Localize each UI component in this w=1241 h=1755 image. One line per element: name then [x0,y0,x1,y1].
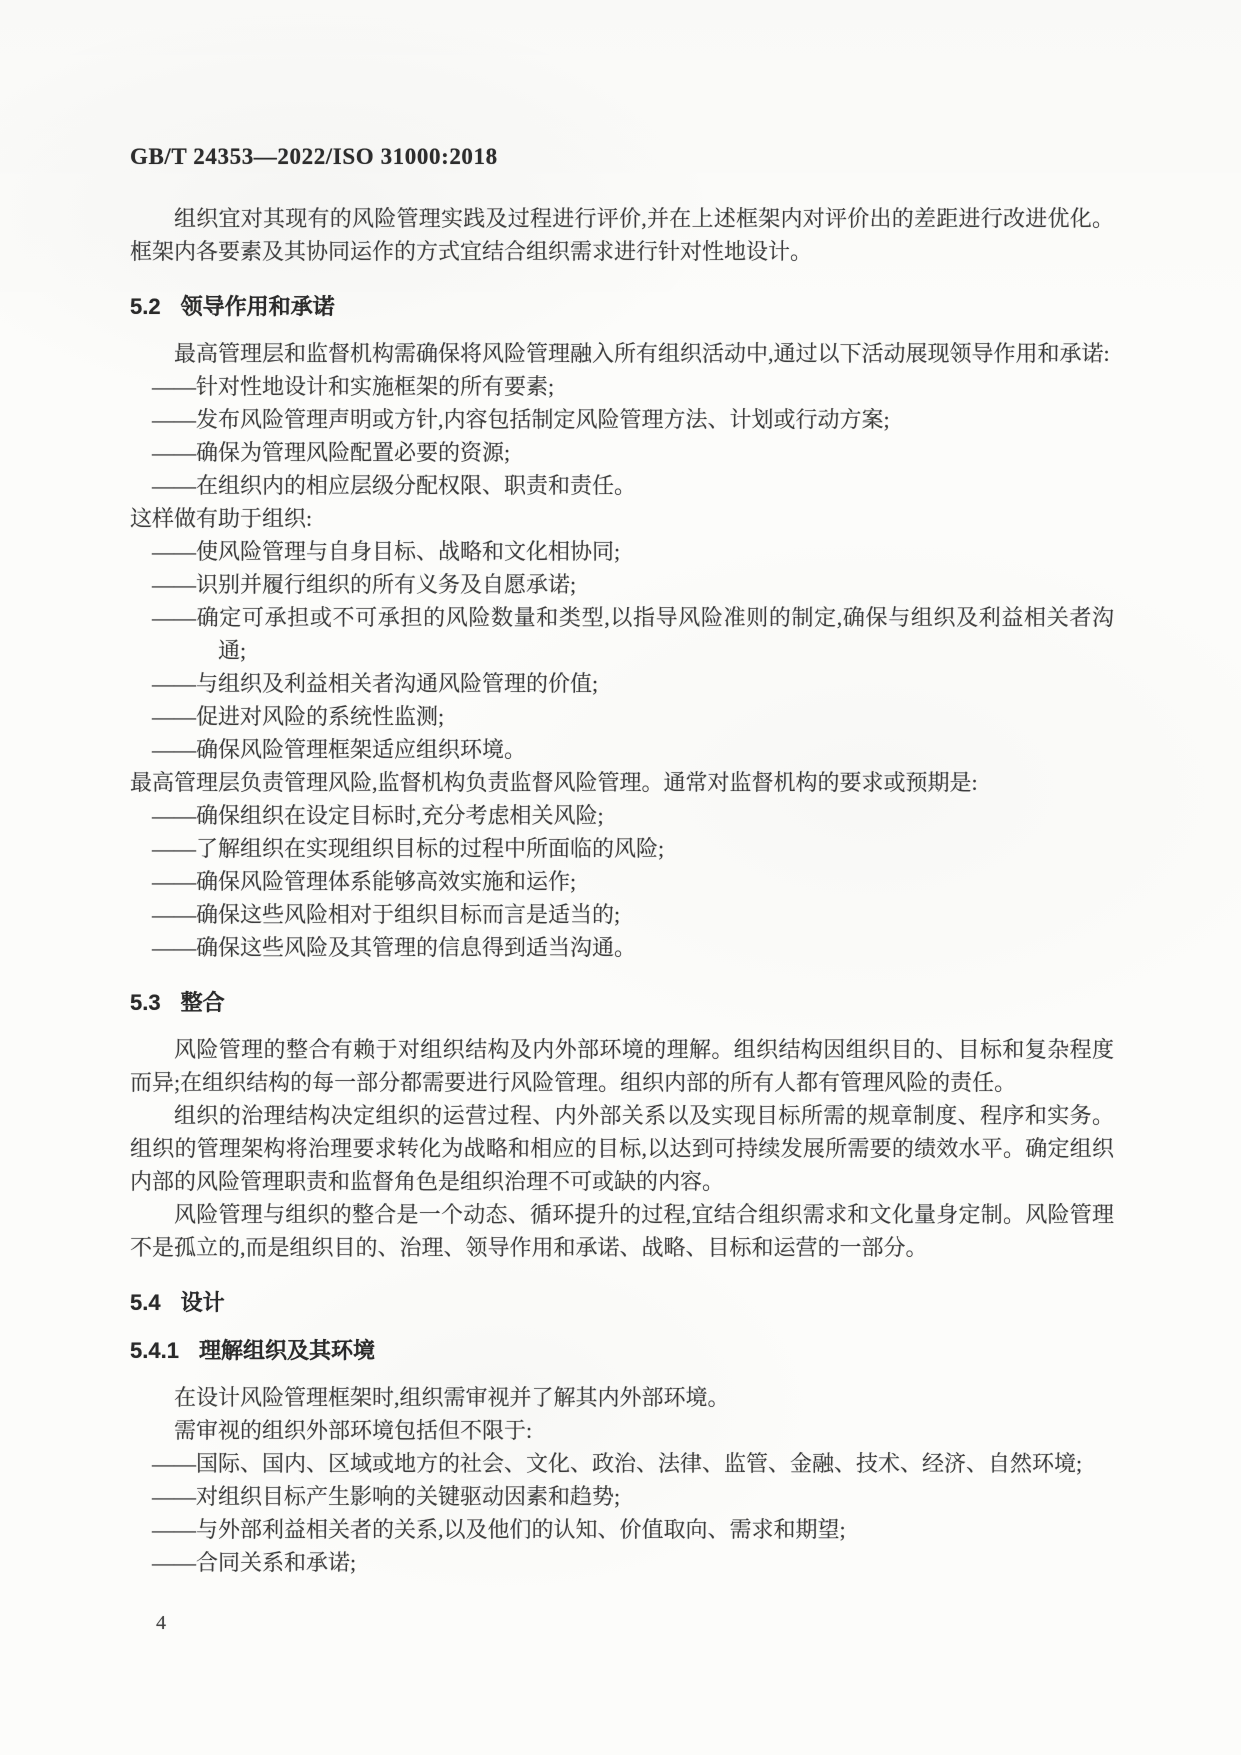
document-page: GB/T 24353—2022/ISO 31000:2018 组织宜对其现有的风… [0,0,1241,1755]
standard-number-header: GB/T 24353—2022/ISO 31000:2018 [130,144,498,170]
section-number: 5.3 [130,986,161,1019]
section-title: 理解组织及其环境 [199,1338,375,1363]
paragraph: 风险管理的整合有赖于对组织结构及内外部环境的理解。组织结构因组织目的、目标和复杂… [130,1033,1114,1099]
paragraph: 在设计风险管理框架时,组织需审视并了解其内外部环境。 [130,1381,1114,1414]
list-item: ——对组织目标产生影响的关键驱动因素和趋势; [130,1480,1114,1513]
list-item: ——识别并履行组织的所有义务及自愿承诺; [130,568,1114,601]
section-heading-5-3: 5.3整合 [130,986,1114,1019]
section-number: 5.4.1 [130,1334,179,1367]
paragraph: 需审视的组织外部环境包括但不限于: [130,1414,1114,1447]
list-item: ——促进对风险的系统性监测; [130,700,1114,733]
section-number: 5.4 [130,1286,161,1319]
list-item: ——确保组织在设定目标时,充分考虑相关风险; [130,799,1114,832]
paragraph: 风险管理与组织的整合是一个动态、循环提升的过程,宜结合组织需求和文化量身定制。风… [130,1198,1114,1264]
document-content: 组织宜对其现有的风险管理实践及过程进行评价,并在上述框架内对评价出的差距进行改进… [130,202,1114,1579]
list-item: ——确保风险管理框架适应组织环境。 [130,733,1114,766]
section-heading-5-4-1: 5.4.1理解组织及其环境 [130,1334,1114,1367]
section-heading-5-2: 5.2领导作用和承诺 [130,290,1114,323]
list-item: ——确保这些风险相对于组织目标而言是适当的; [130,898,1114,931]
list-item: ——在组织内的相应层级分配权限、职责和责任。 [130,469,1114,502]
page-number: 4 [156,1612,166,1635]
list-item: ——发布风险管理声明或方针,内容包括制定风险管理方法、计划或行动方案; [130,403,1114,436]
section-heading-5-4: 5.4设计 [130,1286,1114,1319]
list-item: ——针对性地设计和实施框架的所有要素; [130,370,1114,403]
paragraph: 最高管理层负责管理风险,监督机构负责监督风险管理。通常对监督机构的要求或预期是: [130,766,1114,799]
list-item: ——与外部利益相关者的关系,以及他们的认知、价值取向、需求和期望; [130,1513,1114,1546]
list-item: ——确保这些风险及其管理的信息得到适当沟通。 [130,931,1114,964]
paragraph: 组织的治理结构决定组织的运营过程、内外部关系以及实现目标所需的规章制度、程序和实… [130,1099,1114,1198]
list-item: ——使风险管理与自身目标、战略和文化相协同; [130,535,1114,568]
section-number: 5.2 [130,290,161,323]
list-item: ——确定可承担或不可承担的风险数量和类型,以指导风险准则的制定,确保与组织及利益… [130,601,1114,667]
section-title: 整合 [181,990,225,1015]
list-item: ——合同关系和承诺; [130,1546,1114,1579]
list-item: ——确保为管理风险配置必要的资源; [130,436,1114,469]
list-item: ——国际、国内、区域或地方的社会、文化、政治、法律、监管、金融、技术、经济、自然… [130,1447,1114,1480]
list-item: ——确保风险管理体系能够高效实施和运作; [130,865,1114,898]
paragraph: 这样做有助于组织: [130,502,1114,535]
paragraph: 组织宜对其现有的风险管理实践及过程进行评价,并在上述框架内对评价出的差距进行改进… [130,202,1114,268]
list-item: ——了解组织在实现组织目标的过程中所面临的风险; [130,832,1114,865]
section-title: 领导作用和承诺 [181,294,335,319]
section-title: 设计 [181,1290,225,1315]
list-item: ——与组织及利益相关者沟通风险管理的价值; [130,667,1114,700]
paragraph: 最高管理层和监督机构需确保将风险管理融入所有组织活动中,通过以下活动展现领导作用… [130,337,1114,370]
